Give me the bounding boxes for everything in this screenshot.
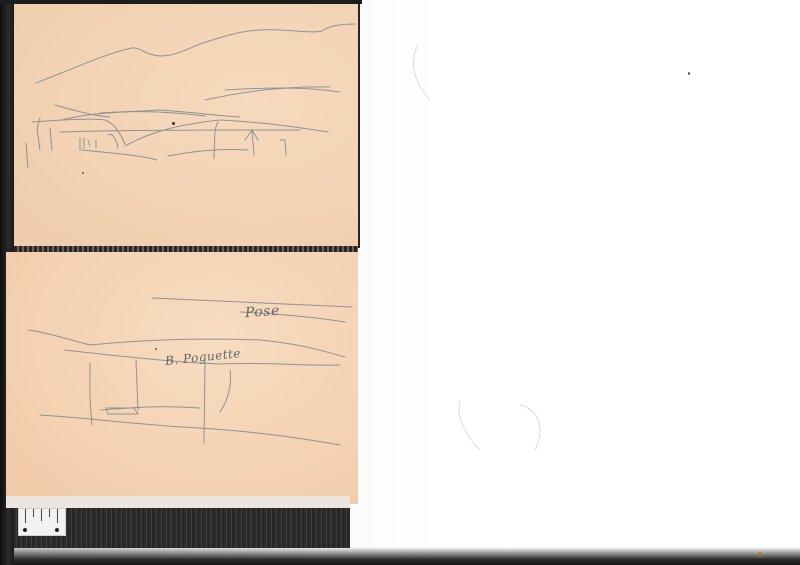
paper-speck — [155, 348, 157, 350]
paper-speck — [82, 172, 84, 174]
paper-speck — [688, 72, 690, 75]
pencil-sketch-lines — [0, 0, 800, 565]
paper-speck — [172, 122, 175, 125]
paper-speck — [758, 552, 762, 557]
annotation-pose: Pose — [244, 303, 280, 321]
